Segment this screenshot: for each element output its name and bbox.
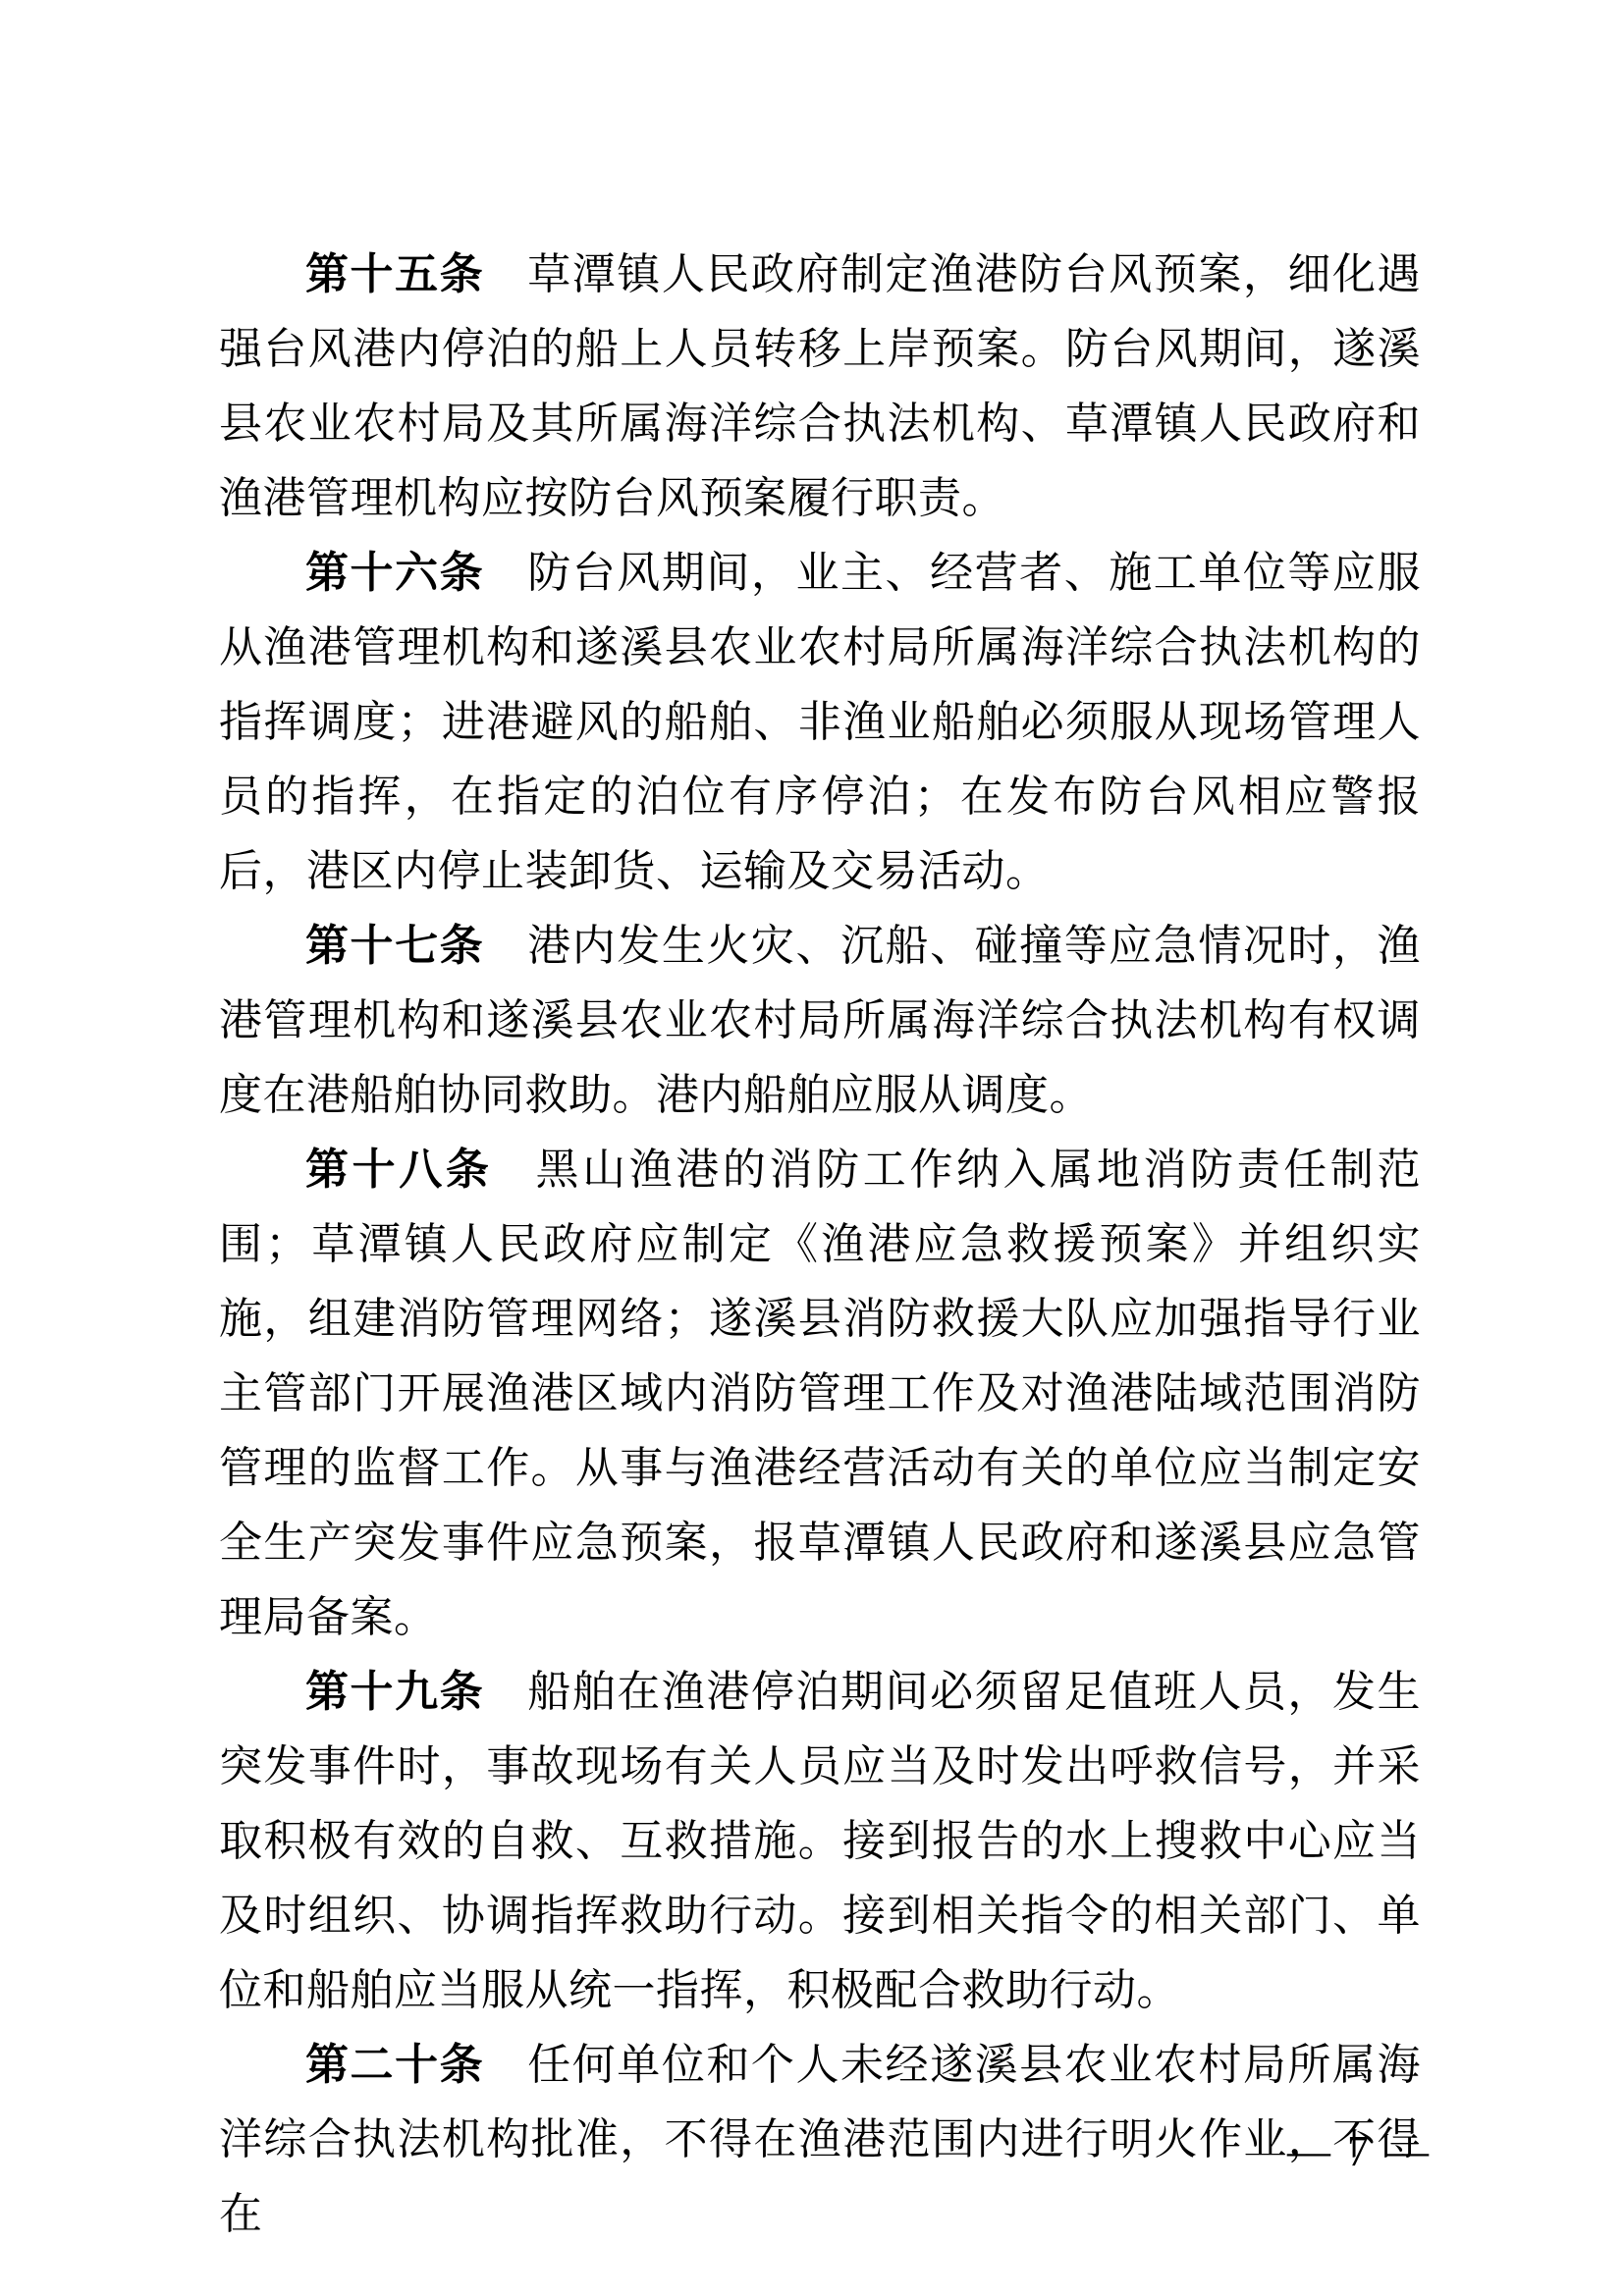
article-15-paragraph: 第十五条草潭镇人民政府制定渔港防台风预案，细化遇强台风港内停泊的船上人员转移上岸… xyxy=(219,238,1421,536)
article-16-number: 第十六条 xyxy=(305,549,484,597)
article-17-paragraph: 第十七条港内发生火灾、沉船、碰撞等应急情况时，渔港管理机构和遂溪县农业农村局所属… xyxy=(219,909,1421,1133)
page-number: — 7 — xyxy=(1287,2128,1432,2175)
article-16-paragraph: 第十六条防台风期间，业主、经营者、施工单位等应服从渔港管理机构和遂溪县农业农村局… xyxy=(219,536,1421,909)
article-19-paragraph: 第十九条船舶在渔港停泊期间必须留足值班人员，发生突发事件时，事故现场有关人员应当… xyxy=(219,1655,1421,2028)
article-17-number: 第十七条 xyxy=(305,922,484,970)
article-18-paragraph: 第十八条黑山渔港的消防工作纳入属地消防责任制范围；草潭镇人民政府应制定《渔港应急… xyxy=(219,1133,1421,1655)
article-16-text: 防台风期间，业主、经营者、施工单位等应服从渔港管理机构和遂溪县农业农村局所属海洋… xyxy=(219,549,1421,895)
article-18-text: 黑山渔港的消防工作纳入属地消防责任制范围；草潭镇人民政府应制定《渔港应急救援预案… xyxy=(219,1146,1421,1641)
article-18-number: 第十八条 xyxy=(305,1146,492,1194)
article-20-number: 第二十条 xyxy=(305,2041,484,2089)
document-page: 第十五条草潭镇人民政府制定渔港防台风预案，细化遇强台风港内停泊的船上人员转移上岸… xyxy=(0,0,1624,2296)
article-19-number: 第十九条 xyxy=(305,1668,484,1716)
article-15-number: 第十五条 xyxy=(305,250,484,298)
article-20-paragraph: 第二十条任何单位和个人未经遂溪县农业农村局所属海洋综合执法机构批准，不得在渔港范… xyxy=(219,2028,1421,2252)
document-body: 第十五条草潭镇人民政府制定渔港防台风预案，细化遇强台风港内停泊的船上人员转移上岸… xyxy=(219,238,1421,2252)
article-19-text: 船舶在渔港停泊期间必须留足值班人员，发生突发事件时，事故现场有关人员应当及时发出… xyxy=(219,1668,1421,2014)
